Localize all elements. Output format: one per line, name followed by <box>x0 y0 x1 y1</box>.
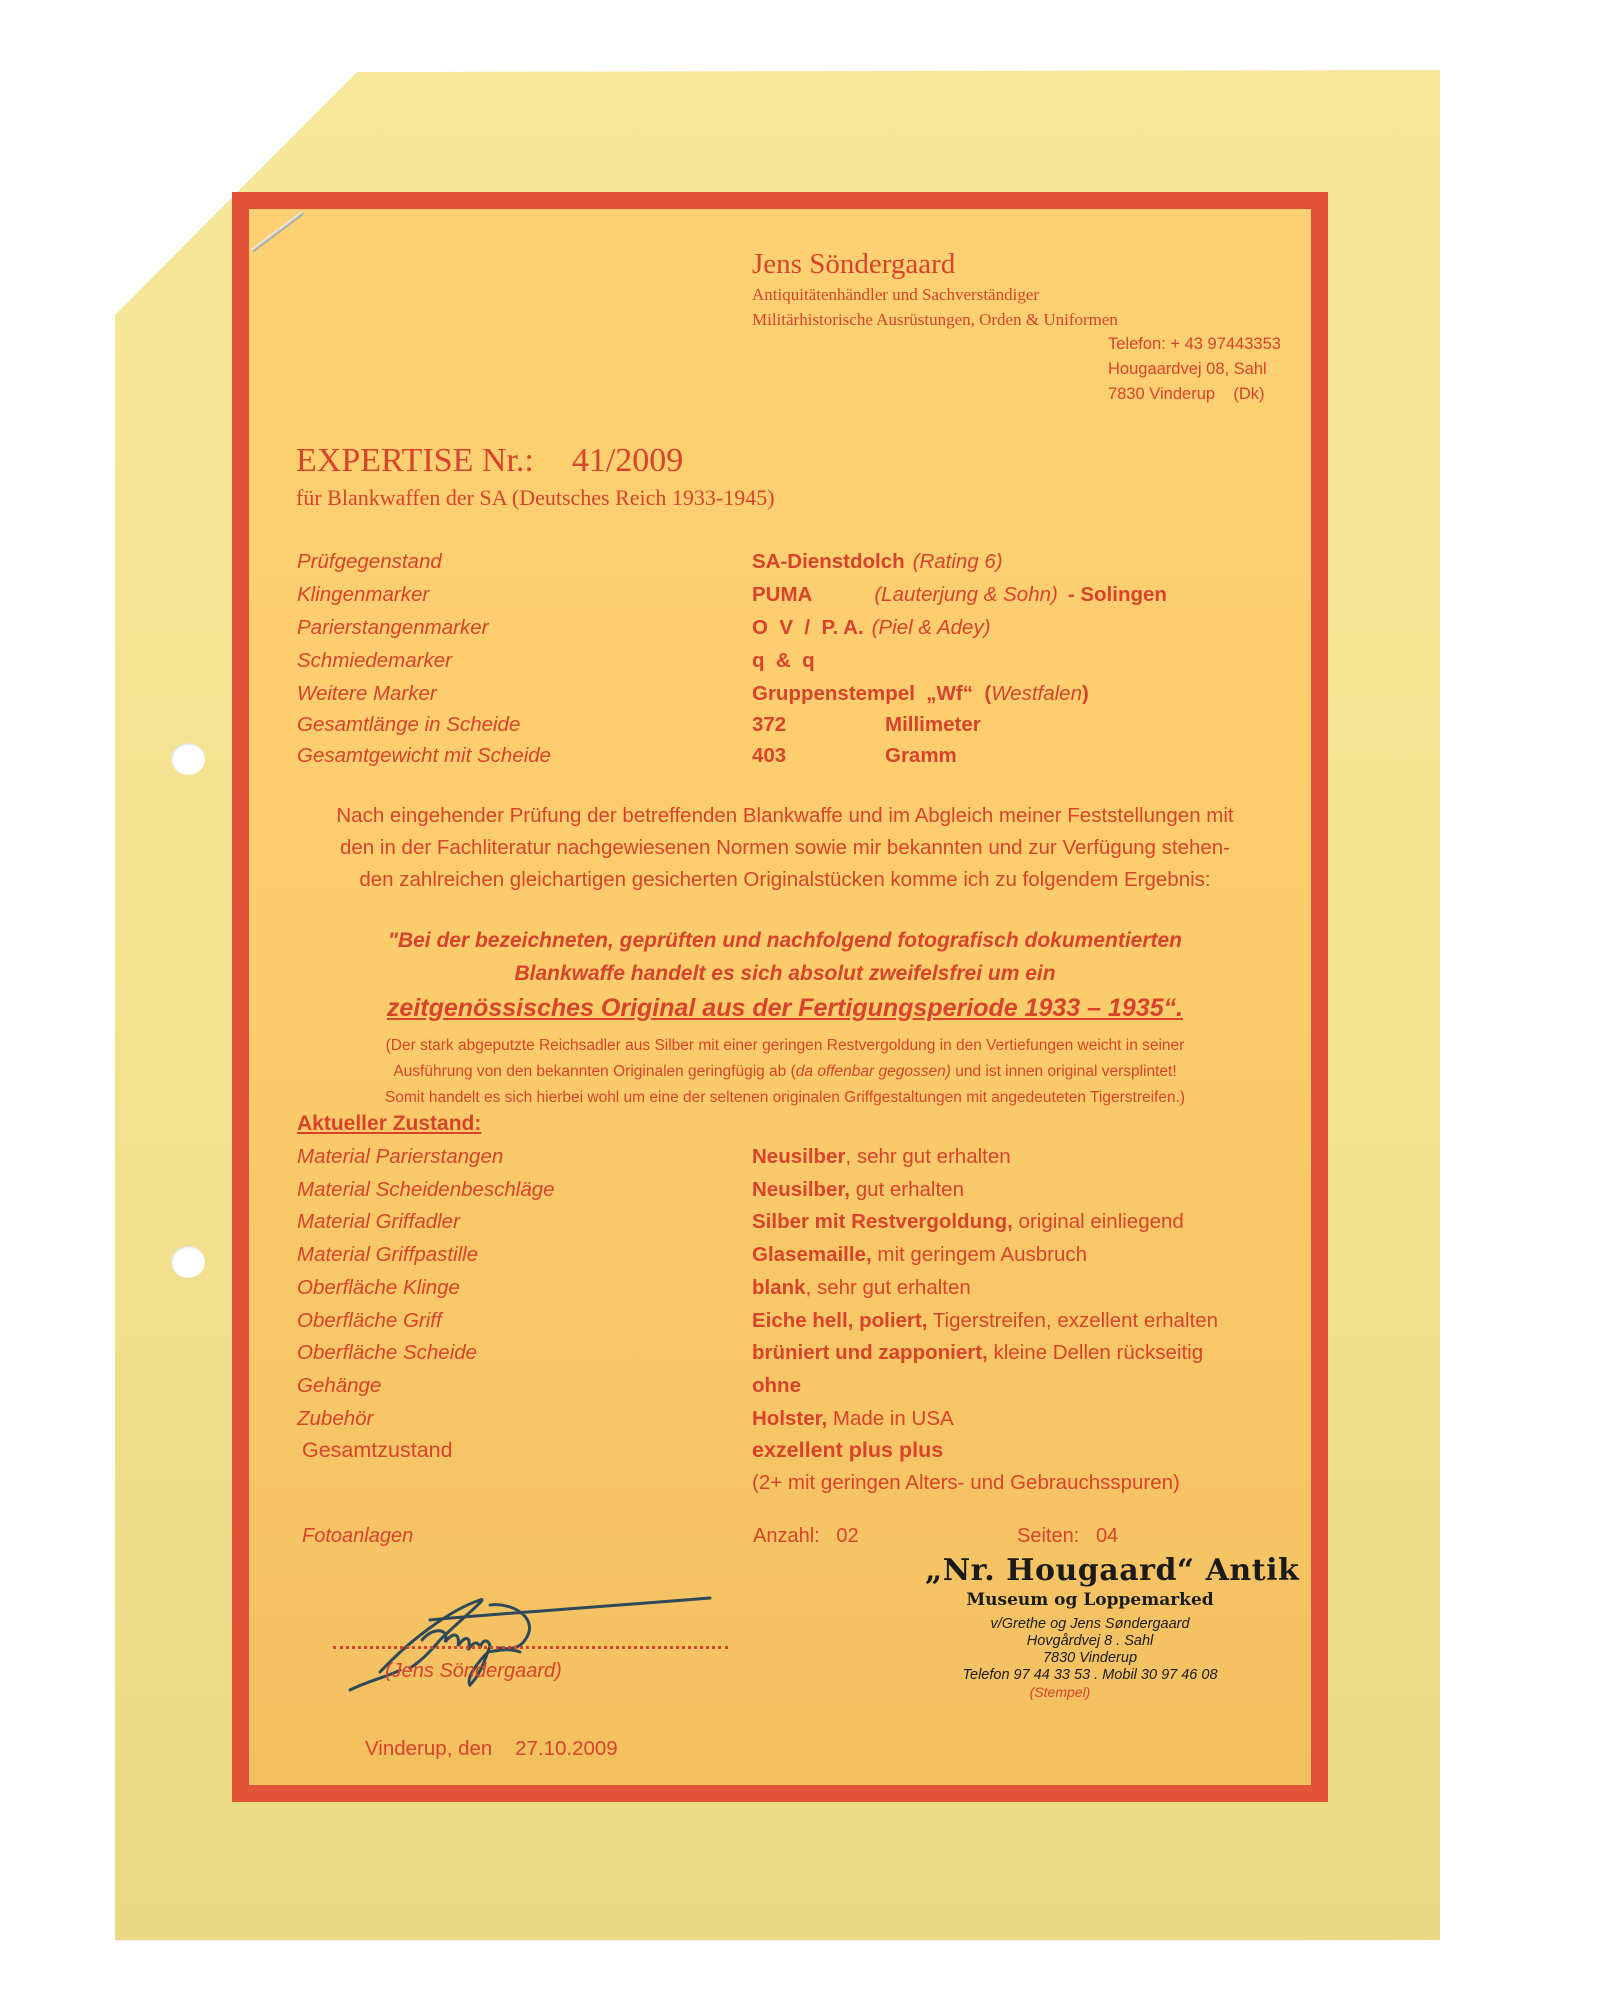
spec-value-main: Gruppenstempel „Wf“ ( <box>752 682 991 705</box>
expertise-number: 41/2009 <box>572 442 683 479</box>
spec-extra: - Solingen <box>1068 583 1167 606</box>
spec-label: Prüfgegenstand <box>297 550 442 574</box>
intro-line: den zahlreichen gleichartigen gesicherte… <box>280 864 1290 896</box>
spec-label: Weitere Marker <box>297 682 437 706</box>
spec-value: q & q <box>752 649 823 673</box>
condition-value-main: ohne <box>752 1374 801 1397</box>
verdict-highlight: zeitgenössisches Original aus der Fertig… <box>280 992 1290 1025</box>
condition-value: Silber mit Restvergoldung, original einl… <box>752 1210 1184 1234</box>
condition-label: Material Griffadler <box>297 1210 460 1234</box>
verdict-line: Blankwaffe handelt es sich absolut zweif… <box>280 957 1290 990</box>
condition-value-detail: , sehr gut erhalten <box>806 1276 971 1299</box>
intro-line: den in der Fachliteratur nachgewiesenen … <box>280 832 1290 864</box>
condition-label: Material Parierstangen <box>297 1145 503 1169</box>
condition-value: blank, sehr gut erhalten <box>752 1276 971 1300</box>
spec-value-main: PUMA <box>752 583 812 606</box>
condition-value-detail: Tigerstreifen, exzellent erhalten <box>927 1309 1218 1332</box>
condition-value-detail: kleine Dellen rückseitig <box>988 1341 1203 1364</box>
stamp-owners: v/Grethe og Jens Søndergaard <box>925 1616 1255 1633</box>
condition-value: Neusilber, gut erhalten <box>752 1178 964 1202</box>
condition-label: Zubehör <box>297 1407 373 1431</box>
spec-value-main: 403 <box>752 744 786 767</box>
spec-value-main: 372 <box>752 713 786 736</box>
condition-value-detail: gut erhalten <box>850 1178 964 1201</box>
spec-note: (Piel & Adey) <box>872 616 991 639</box>
photos-label: Fotoanlagen <box>302 1525 413 1548</box>
spec-unit: Gramm <box>885 744 957 768</box>
overall-value: exzellent plus plus <box>752 1438 943 1463</box>
note-line: Ausführung von den bekannten Originalen … <box>280 1059 1290 1085</box>
photos-pages: Seiten: 04 <box>1017 1525 1118 1548</box>
spec-value: O V / P. A.(Piel & Adey) <box>752 616 991 640</box>
signature-line <box>333 1646 728 1649</box>
overall-note: (2+ mit geringen Alters- und Gebrauchssp… <box>752 1471 1180 1495</box>
spec-note: (Lauterjung & Sohn) <box>874 583 1057 606</box>
photos-pages-value: 04 <box>1096 1525 1118 1547</box>
spec-unit: Millimeter <box>885 713 981 737</box>
letterhead-street: Hougaardvej 08, Sahl <box>1108 360 1267 379</box>
verdict-line: "Bei der bezeichneten, geprüften und nac… <box>280 924 1290 957</box>
expertise-title: EXPERTISE Nr.:41/2009 <box>296 442 683 480</box>
stamp-subtitle: Museum og Loppemarked <box>925 1590 1255 1610</box>
note-text: Ausführung von den bekannten Originalen … <box>393 1063 795 1080</box>
spec-value: 403Gramm <box>752 744 786 768</box>
spec-label: Gesamtgewicht mit Scheide <box>297 744 551 768</box>
letterhead-line1: Antiquitätenhändler und Sachverständiger <box>752 285 1039 305</box>
stamp-title: „Nr. Hougaard“ Antik <box>925 1553 1255 1588</box>
spec-value: 372Millimeter <box>752 713 786 737</box>
note-text: und ist innen original versplintet! <box>951 1063 1177 1080</box>
stamp-street: Hovgårdvej 8 . Sahl <box>925 1633 1255 1650</box>
spec-note: (Rating 6) <box>913 550 1003 573</box>
condition-value-main: Holster, <box>752 1407 827 1430</box>
condition-heading: Aktueller Zustand: <box>297 1112 481 1136</box>
note-paragraph: (Der stark abgeputzte Reichsadler aus Si… <box>280 1033 1290 1111</box>
company-stamp: „Nr. Hougaard“ Antik Museum og Loppemark… <box>925 1553 1255 1700</box>
stamp-city: 7830 Vinderup <box>925 1650 1255 1667</box>
spec-value-main: SA-Dienstdolch <box>752 550 905 573</box>
letterhead-city: 7830 Vinderup (Dk) <box>1108 385 1265 404</box>
condition-value-main: Glasemaille, <box>752 1243 872 1266</box>
condition-label: Material Scheidenbeschläge <box>297 1178 555 1202</box>
note-line: (Der stark abgeputzte Reichsadler aus Si… <box>280 1033 1290 1059</box>
note-line: Somit handelt es sich hierbei wohl um ei… <box>280 1085 1290 1111</box>
letterhead-name: Jens Söndergaard <box>752 248 955 281</box>
condition-value-detail: , sehr gut erhalten <box>845 1145 1010 1168</box>
signature-date: 27.10.2009 <box>515 1737 618 1760</box>
verdict-quote: "Bei der bezeichneten, geprüften und nac… <box>280 924 1290 1025</box>
condition-value-detail: original einliegend <box>1013 1210 1184 1233</box>
spec-note: Westfalen <box>991 682 1082 705</box>
condition-value: Neusilber, sehr gut erhalten <box>752 1145 1011 1169</box>
photos-count-label: Anzahl: <box>753 1525 820 1547</box>
note-italic: da offenbar gegossen) <box>796 1063 951 1080</box>
condition-value-main: Neusilber <box>752 1145 845 1168</box>
letterhead-phone: Telefon: + 43 97443353 <box>1108 335 1281 354</box>
condition-value: ohne <box>752 1374 801 1398</box>
spec-value: PUMA(Lauterjung & Sohn)- Solingen <box>752 583 1167 607</box>
condition-value-main: Eiche hell, poliert, <box>752 1309 927 1332</box>
intro-line: Nach eingehender Prüfung der betreffende… <box>280 800 1290 832</box>
condition-label: Material Griffpastille <box>297 1243 478 1267</box>
spec-value: Gruppenstempel „Wf“ (Westfalen) <box>752 682 1089 706</box>
photos-count: Anzahl: 02 <box>753 1525 859 1548</box>
stamp-note: (Stempel) <box>865 1684 1255 1700</box>
expertise-subtitle: für Blankwaffen der SA (Deutsches Reich … <box>296 485 775 511</box>
punch-hole-bottom <box>171 1246 205 1278</box>
spec-label: Klingenmarker <box>297 583 429 607</box>
spec-label: Gesamtlänge in Scheide <box>297 713 520 737</box>
spec-extra: ) <box>1082 682 1089 705</box>
condition-value-main: blank <box>752 1276 806 1299</box>
punch-hole-top <box>171 743 205 775</box>
photos-count-value: 02 <box>836 1525 858 1547</box>
spec-label: Schmiedemarker <box>297 649 452 673</box>
letterhead-line2: Militärhistorische Ausrüstungen, Orden &… <box>752 310 1118 330</box>
condition-value-main: Silber mit Restvergoldung, <box>752 1210 1013 1233</box>
condition-value-detail: Made in USA <box>827 1407 953 1430</box>
condition-value-main: Neusilber, <box>752 1178 850 1201</box>
place-date: Vinderup, den 27.10.2009 <box>365 1737 618 1761</box>
condition-label: Oberfläche Griff <box>297 1309 442 1333</box>
stamp-phone: Telefon 97 44 33 53 . Mobil 30 97 46 08 <box>925 1667 1255 1684</box>
expertise-label: EXPERTISE Nr.: <box>296 442 534 479</box>
condition-label: Oberfläche Klinge <box>297 1276 460 1300</box>
spec-value-main: q & q <box>752 649 815 672</box>
condition-value: Glasemaille, mit geringem Ausbruch <box>752 1243 1087 1267</box>
condition-value: Holster, Made in USA <box>752 1407 954 1431</box>
condition-value: Eiche hell, poliert, Tigerstreifen, exze… <box>752 1309 1218 1333</box>
condition-label: Gehänge <box>297 1374 381 1398</box>
place-label: Vinderup, den <box>365 1737 492 1760</box>
condition-value-main: brüniert und zapponiert, <box>752 1341 988 1364</box>
spec-value-main: O V / P. A. <box>752 616 864 639</box>
overall-label: Gesamtzustand <box>302 1438 453 1463</box>
photos-pages-label: Seiten: <box>1017 1525 1079 1547</box>
signer-name: (Jens Söndergaard) <box>385 1660 562 1683</box>
condition-label: Oberfläche Scheide <box>297 1341 477 1365</box>
condition-value-detail: mit geringem Ausbruch <box>872 1243 1087 1266</box>
spec-label: Parierstangenmarker <box>297 616 488 640</box>
spec-value: SA-Dienstdolch(Rating 6) <box>752 550 1003 574</box>
condition-value: brüniert und zapponiert, kleine Dellen r… <box>752 1341 1203 1365</box>
intro-paragraph: Nach eingehender Prüfung der betreffende… <box>280 800 1290 896</box>
